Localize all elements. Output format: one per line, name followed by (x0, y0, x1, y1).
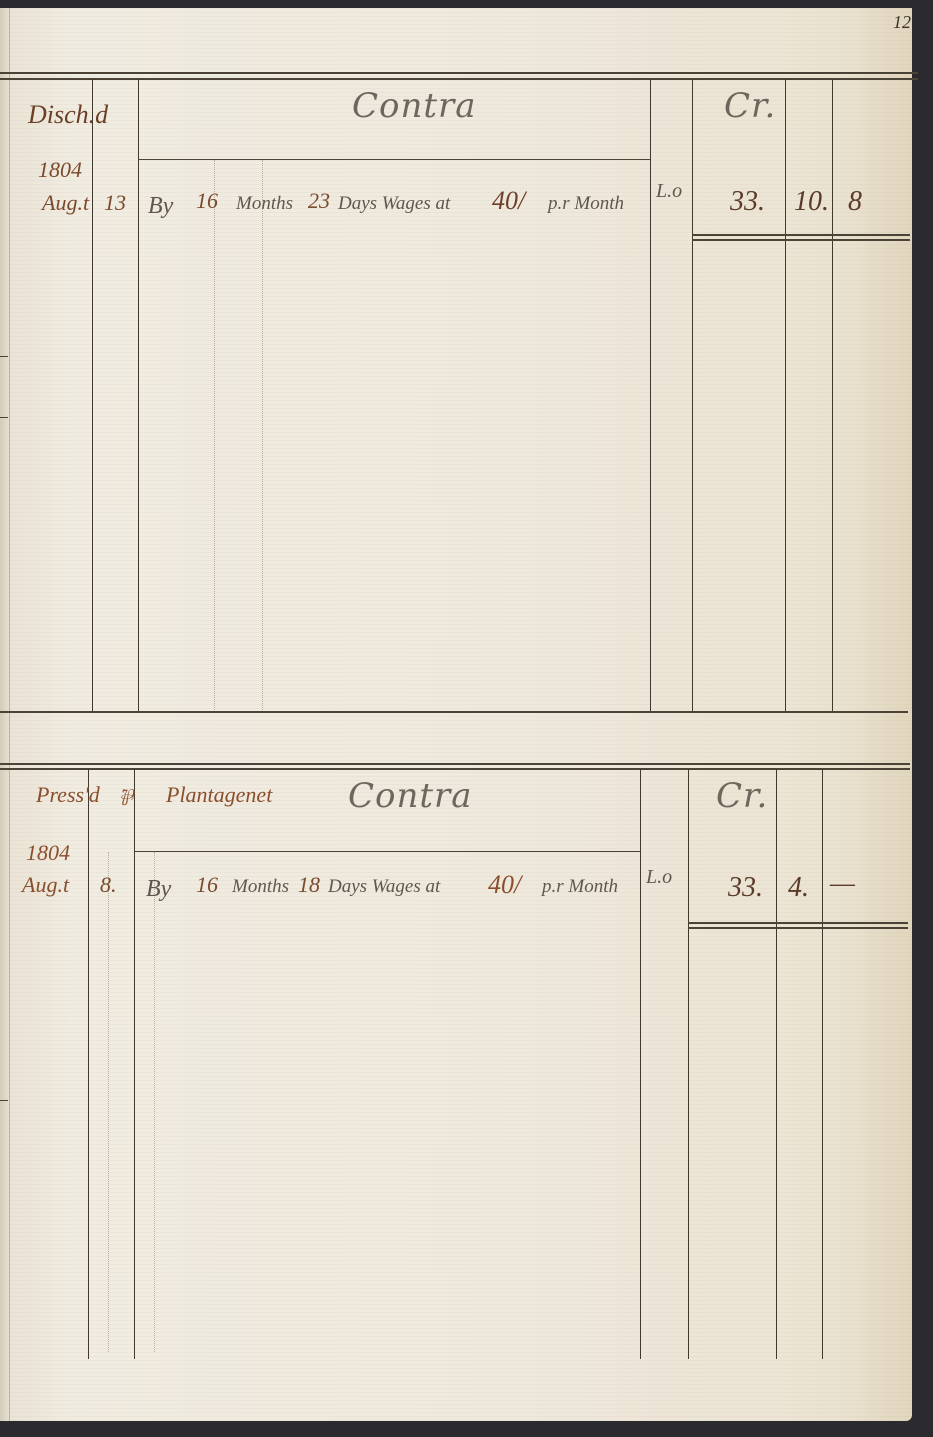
header-underline (138, 159, 650, 160)
faint-guide-line (154, 852, 155, 1352)
faint-guide-line (108, 852, 109, 1352)
account-status: Press'd (36, 782, 100, 808)
entry-year: 1804 (26, 840, 70, 866)
top-double-rule (0, 768, 910, 770)
entry-day: 13 (104, 190, 126, 216)
contra-heading: Contra (352, 86, 477, 126)
entry-month: Aug.t (22, 872, 69, 898)
amount-pounds: 33. (730, 186, 765, 218)
amount-pounds: 33. (728, 872, 763, 904)
column-rule-folio (692, 79, 693, 711)
column-rule-day (138, 79, 139, 711)
top-double-rule (0, 72, 918, 74)
column-rule-folio (688, 769, 689, 1359)
faint-guide-line (262, 160, 263, 710)
margin-tick (0, 356, 8, 357)
column-rule-day (134, 769, 135, 1359)
credit-heading: Cr. (724, 86, 776, 126)
header-underline (134, 851, 640, 852)
entry-per-month: p.r Month (548, 193, 624, 215)
entry-year: 1804 (38, 157, 82, 183)
entry-days-count: 18 (298, 872, 320, 898)
credit-heading: Cr. (716, 776, 768, 816)
entry-months-count: 16 (196, 872, 218, 898)
entry-month: Aug.t (42, 190, 89, 216)
column-rule-pounds (776, 769, 777, 1359)
entry-by: By (146, 876, 171, 903)
total-double-rule (692, 239, 910, 241)
ship-name: Plantagenet (166, 782, 272, 808)
faint-guide-line (214, 160, 215, 710)
entry-days-count: 23 (308, 188, 330, 214)
entry-months-label: Months (232, 876, 289, 898)
amount-pence: — (830, 868, 855, 900)
contra-heading: Contra (348, 776, 473, 816)
book-gutter (0, 8, 10, 1421)
amount-shillings: 10. (794, 186, 829, 218)
total-double-rule (692, 234, 910, 236)
entry-day: 8. (100, 872, 117, 898)
column-rule-description (640, 769, 641, 1359)
folio-label: L.o (656, 180, 682, 203)
entry-days-label: Days Wages at (328, 876, 440, 898)
top-double-rule (0, 763, 910, 765)
folio-label: L.o (646, 866, 672, 889)
entry-per-month: p.r Month (542, 876, 618, 898)
column-rule-date (88, 769, 89, 1359)
ship-prefix: ⅌ (118, 782, 132, 812)
entry-rate: 40/ (488, 870, 521, 900)
margin-tick (0, 1100, 8, 1101)
section-end-rule (0, 711, 908, 713)
entry-months-label: Months (236, 193, 293, 215)
column-rule-pounds (785, 79, 786, 711)
account-status: Disch.d (28, 100, 108, 130)
column-rule-date (92, 79, 93, 711)
entry-months-count: 16 (196, 188, 218, 214)
column-rule-shillings (822, 769, 823, 1359)
column-rule-shillings (832, 79, 833, 711)
total-double-rule (688, 927, 908, 929)
entry-rate: 40/ (492, 186, 525, 216)
page-number: 12 (893, 12, 911, 33)
margin-tick (0, 417, 8, 418)
entry-by: By (148, 193, 173, 220)
column-rule-description (650, 79, 651, 711)
total-double-rule (688, 922, 908, 924)
amount-pence: 8 (848, 186, 862, 218)
amount-shillings: 4. (788, 872, 809, 904)
entry-days-label: Days Wages at (338, 193, 450, 215)
